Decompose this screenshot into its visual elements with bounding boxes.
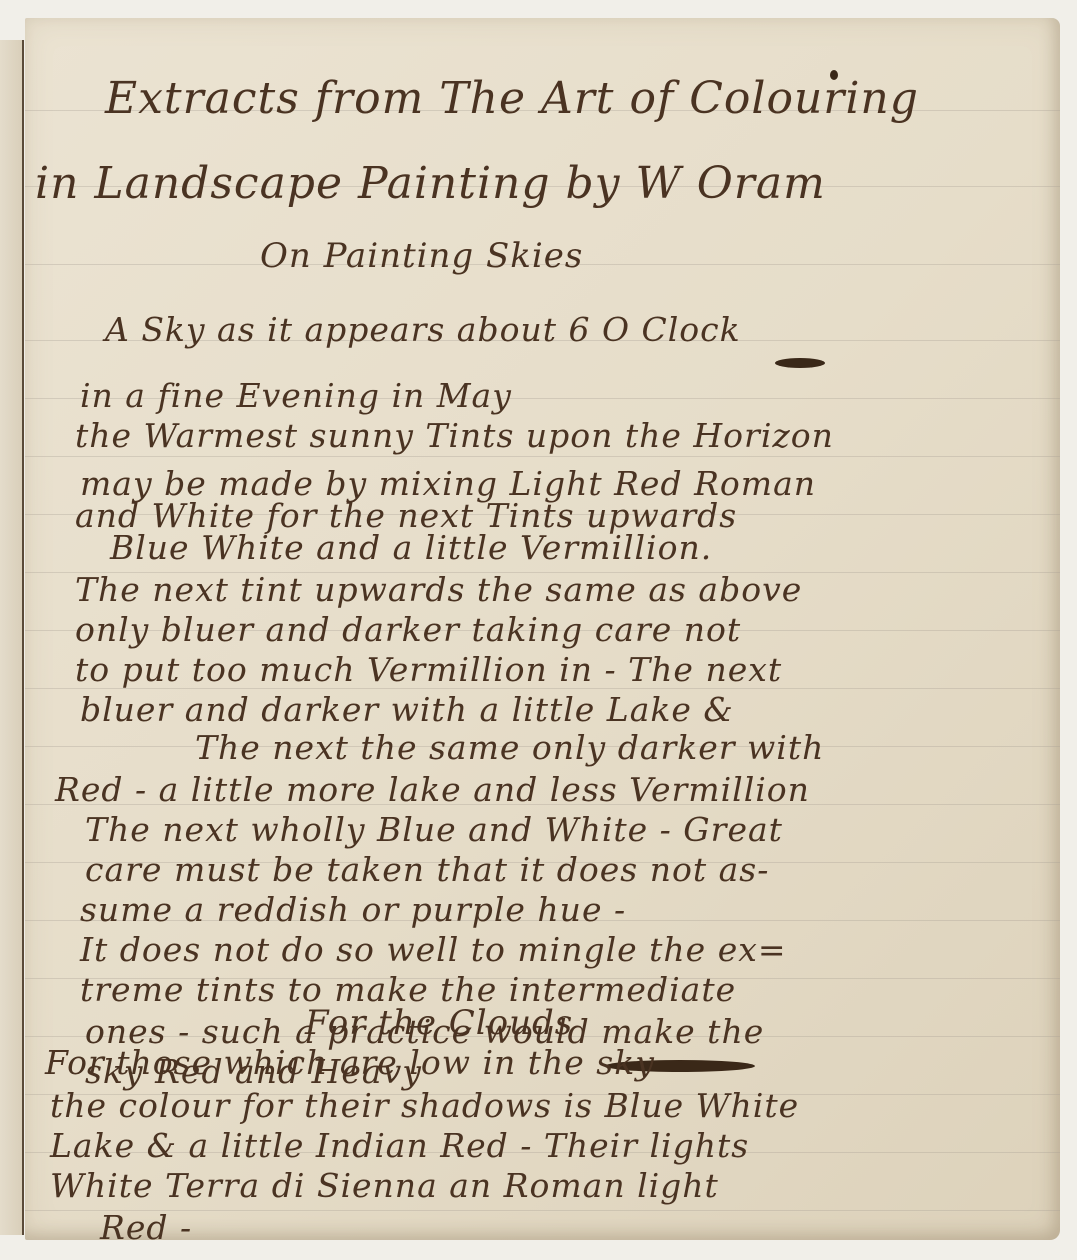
clouds-line: For those which are low in the sky [45, 1043, 655, 1082]
paragraph-line: The next wholly Blue and White - Great [85, 810, 783, 849]
paragraph-line: the Warmest sunny Tints upon the Horizon [75, 416, 834, 455]
paragraph-line: A Sky as it appears about 6 O Clock [105, 310, 741, 349]
title-line-1: Extracts from The Art of Colouring [105, 73, 919, 124]
clouds-line: Lake & a little Indian Red - Their light… [50, 1126, 749, 1165]
previous-page-edge [0, 40, 24, 1235]
clouds-subheading: For the Clouds [305, 1003, 573, 1043]
paragraph-line: Red - a little more lake and less Vermil… [55, 770, 810, 809]
title-line-2: in Landscape Painting by W Oram [35, 158, 826, 209]
paragraph-line: The next tint upwards the same as above [75, 570, 802, 609]
section-heading: On Painting Skies [260, 236, 583, 276]
clouds-line: White Terra di Sienna an Roman light [50, 1166, 719, 1205]
paragraph-line: bluer and darker with a little Lake & [80, 690, 734, 729]
paragraph-line: The next the same only darker with [195, 728, 824, 767]
ink-blot [775, 358, 825, 368]
paragraph-line: sume a reddish or purple hue - [80, 890, 626, 929]
clouds-line: Red - [100, 1208, 192, 1247]
paragraph-line: only bluer and darker taking care not [75, 610, 741, 649]
paragraph-line: Blue White and a little Vermillion. [110, 528, 712, 567]
ink-blot [830, 70, 838, 80]
paragraph-line: It does not do so well to mingle the ex= [80, 930, 787, 969]
clouds-line: the colour for their shadows is Blue Whi… [50, 1086, 799, 1125]
manuscript-page: Extracts from The Art of Colouring in La… [25, 18, 1060, 1240]
paragraph-line: to put too much Vermillion in - The next [75, 650, 782, 689]
ruled-line [25, 456, 1060, 457]
paragraph-line: in a fine Evening in May [80, 376, 512, 415]
paragraph-line: care must be taken that it does not as- [85, 850, 769, 889]
